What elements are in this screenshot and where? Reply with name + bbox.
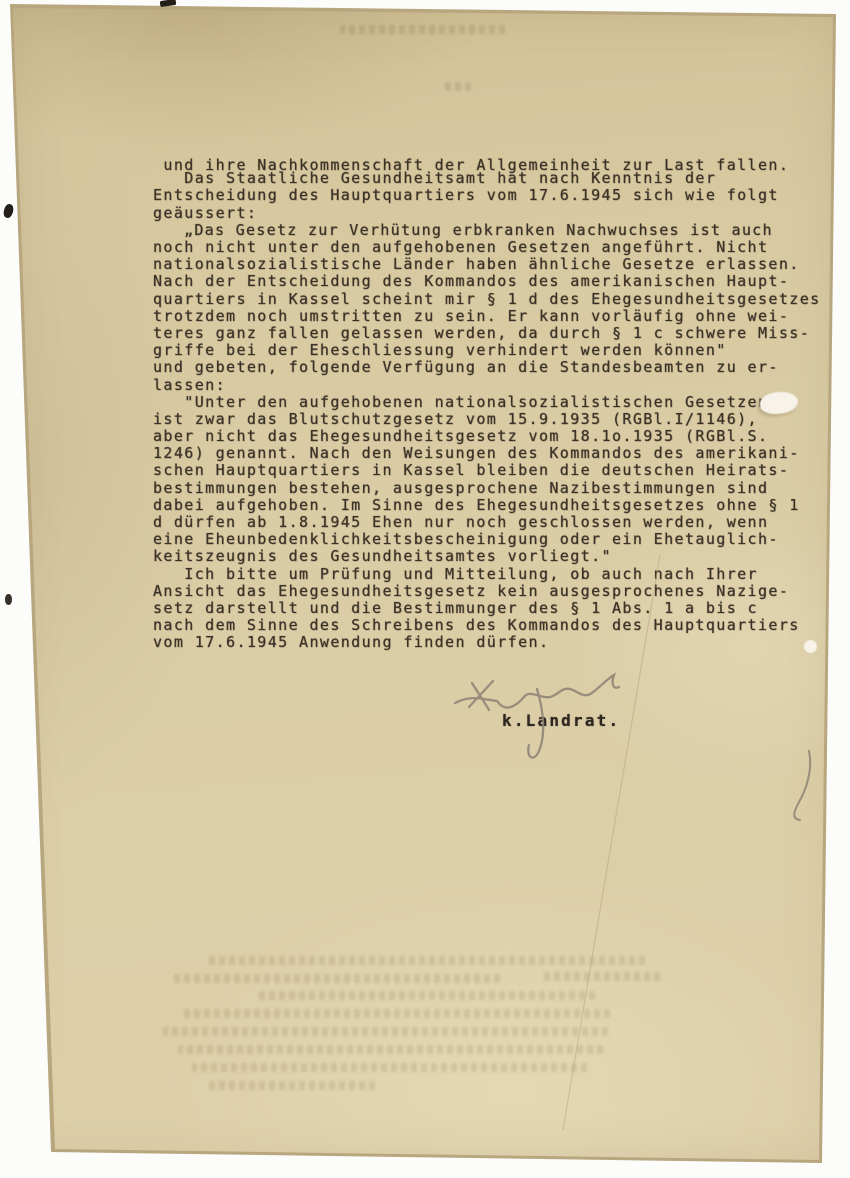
- bleedthrough-line: [180, 1009, 610, 1018]
- bleedthrough-line: [178, 1045, 603, 1054]
- body-line: nationalsozialistische Länder haben ähnl…: [153, 256, 843, 273]
- body-line: und gebeten, folgende Verfügung an die S…: [153, 359, 843, 376]
- body-line: Ich bitte um Prüfung und Mitteilung, ob …: [153, 566, 843, 583]
- bleedthrough-line: [205, 1081, 375, 1090]
- edge-speck: [5, 594, 12, 605]
- bleedthrough-line: [255, 991, 595, 1000]
- body-line: geäussert:: [153, 205, 843, 222]
- bleedthrough-line: [170, 974, 500, 983]
- body-line: „Das Gesetz zur Verhütung erbkranken Nac…: [153, 222, 843, 239]
- body-line: 1246) genannt. Nach den Weisungen des Ko…: [153, 445, 843, 462]
- body-line: ist zwar das Blutschutzgesetz vom 15.9.1…: [153, 411, 843, 428]
- scanned-page: und ihre Nachkommenschaft der Allgemeinh…: [0, 0, 850, 1178]
- body-line: teres ganz fallen gelassen werden, da du…: [153, 325, 843, 342]
- bleedthrough-line: [163, 1027, 608, 1036]
- body-line: eine Eheunbedenklichkeitsbescheinigung o…: [153, 531, 843, 548]
- bleedthrough-line: [205, 956, 645, 965]
- typed-body: und ihre Nachkommenschaft der Allgemeinh…: [153, 105, 843, 652]
- bleedthrough-line: [540, 972, 660, 981]
- body-line: Ansicht das Ehegesundheitsgesetz kein au…: [153, 583, 843, 600]
- body-line: dabei aufgehoben. Im Sinne des Ehegesund…: [153, 497, 843, 514]
- body-line: "Unter den aufgehobenen nationalsozialis…: [153, 394, 843, 411]
- body-line: d dürfen ab 1.8.1945 Ehen nur noch gesch…: [153, 514, 843, 531]
- body-line: Nach der Entscheidung des Kommandos des …: [153, 273, 843, 290]
- body-line: bestimmungen bestehen, ausgesprochene Na…: [153, 480, 843, 497]
- bleedthrough-line: [192, 1063, 587, 1072]
- bleedthrough-line: [445, 82, 471, 91]
- body-line: quartiers in Kassel scheint mir § 1 d de…: [153, 291, 843, 308]
- bleedthrough-line: [340, 25, 505, 34]
- body-line: nach dem Sinne des Schreibens des Komman…: [153, 617, 843, 634]
- body-line: noch nicht unter den aufgehobenen Gesetz…: [153, 239, 843, 256]
- body-line: vom 17.6.1945 Anwendung finden dürfen.: [153, 634, 843, 651]
- body-line: keitszeugnis des Gesundheitsamtes vorlie…: [153, 548, 843, 565]
- paper-damage-dot: [804, 640, 817, 653]
- signature-role-line: k.Landrat.: [502, 711, 620, 730]
- body-line: schen Hauptquartiers in Kassel bleiben d…: [153, 462, 843, 479]
- body-line: lassen:: [153, 377, 843, 394]
- body-line: griffe bei der Eheschliessung verhindert…: [153, 342, 843, 359]
- body-line: trotzdem noch umstritten zu sein. Er kan…: [153, 308, 843, 325]
- body-line: setz darstellt und die Bestimmunger des …: [153, 600, 843, 617]
- body-line: aber nicht das Ehegesundheitsgesetz vom …: [153, 428, 843, 445]
- body-line: Entscheidung des Hauptquartiers vom 17.6…: [153, 187, 843, 204]
- edge-speck: [2, 203, 14, 219]
